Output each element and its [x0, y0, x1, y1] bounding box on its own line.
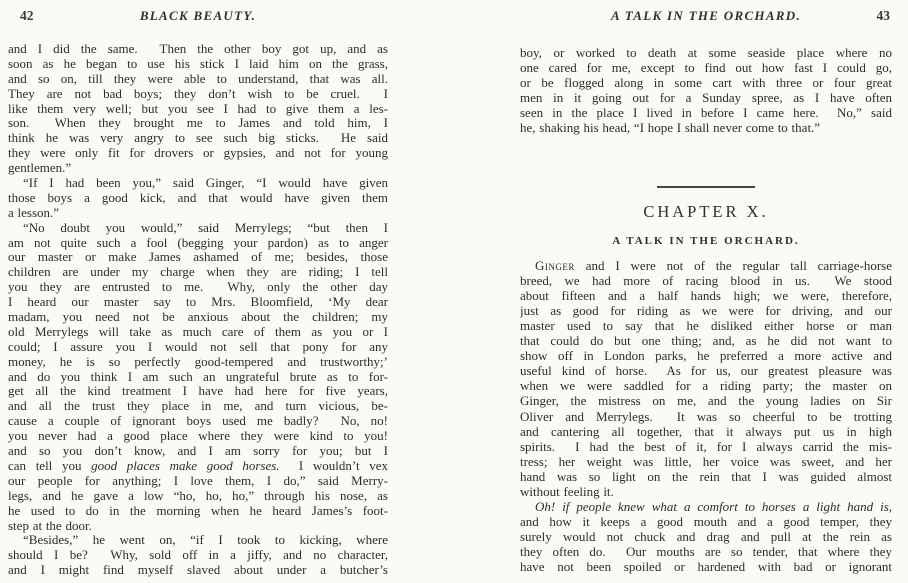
text-line: or be flogged along in some cart with th… [520, 75, 892, 90]
text-line: spirits. I had the best of it, for I alw… [520, 439, 892, 454]
text-line: and so on, till they were able to unders… [8, 72, 388, 87]
text-line: am not quite such a fool (begging your p… [8, 236, 388, 251]
right-running-title: A TALK IN THE ORCHARD. [520, 8, 892, 24]
left-running-head: 42 BLACK BEAUTY. [8, 8, 388, 26]
text-line: Oh! if people knew what a comfort to hor… [520, 499, 892, 514]
text-line: have not been spoiled or hardened with b… [520, 559, 892, 574]
text-line: gentlemen.” [8, 161, 388, 176]
text-line: surely would not chuck and drag and pull… [520, 529, 892, 544]
text-line: just as good for riding as we were for d… [520, 303, 892, 318]
text-line: when we were saddled for a riding party;… [520, 378, 892, 393]
text-line: you they are entrusted to me. Why, only … [8, 280, 388, 295]
text-line: legs, and he gave a low “ho, ho, ho,” th… [8, 489, 388, 504]
text-line: and do you think I am such an ungrateful… [8, 370, 388, 385]
text-line: that could do but one thing; and, as he … [520, 333, 892, 348]
text-line: our people for anything; I love them, I … [8, 474, 388, 489]
text-line: men in it going out for a Sunday spree, … [520, 90, 892, 105]
text-line: and I might find myself slaved about und… [8, 563, 388, 578]
text-line: Ginger, the mistress on me, and the youn… [520, 393, 892, 408]
text-line: They are not bad boys; they don’t wish t… [8, 87, 388, 102]
text-line: money, he is so perfectly good-tempered … [8, 355, 388, 370]
text-line: and all the trust they place in me, and … [8, 399, 388, 414]
text-line: seen in the place I lived in before I ca… [520, 105, 892, 120]
chapter-heading: CHAPTER X. [520, 202, 892, 222]
left-page-text: and I did the same. Then the other boy g… [8, 42, 388, 578]
text-line: soon as he began to use his stick I laid… [8, 57, 388, 72]
text-line: step at the door. [8, 519, 388, 534]
text-line: and so you don’t know, and I am sorry fo… [8, 444, 388, 459]
text-line: should I be? Why, sold off in a jiffy, a… [8, 548, 388, 563]
right-page-number: 43 [877, 8, 891, 24]
text-line: without feeling it. [520, 484, 892, 499]
text-line: Ginger and I were not of the regular tal… [520, 258, 892, 273]
text-line: “No doubt you would,” said Merrylegs; “b… [8, 221, 388, 236]
right-page-text: Ginger and I were not of the regular tal… [520, 258, 892, 575]
text-line: he, shaking his head, “I hope I shall ne… [520, 120, 892, 135]
text-line: tress; her weight was little, her voice … [520, 454, 892, 469]
text-line: you never had a good place where they we… [8, 429, 388, 444]
text-line: can tell you good places make good horse… [8, 459, 388, 474]
text-line: “Besides,” he went on, “if I took to kic… [8, 533, 388, 548]
text-line: our master or make James ashamed of me; … [8, 250, 388, 265]
text-line: old Merrylegs will take as much care of … [8, 325, 388, 340]
text-line: and cantering all together, that it alwa… [520, 424, 892, 439]
text-line: they were only fit for drovers or gypsie… [8, 146, 388, 161]
text-line: could; I assure you I would not sell tha… [8, 340, 388, 355]
text-line: hand was so light on the rein that I was… [520, 469, 892, 484]
text-line: get all the kind treatment I have had he… [8, 384, 388, 399]
text-line: and I did the same. Then the other boy g… [8, 42, 388, 57]
text-line: useful kind of horse. As for us, our gre… [520, 363, 892, 378]
text-line: children are under my charge when they a… [8, 265, 388, 280]
right-page-intro-text: boy, or worked to death at some seaside … [520, 45, 892, 136]
text-line: “If I had been you,” said Ginger, “I wou… [8, 176, 388, 191]
left-page: 42 BLACK BEAUTY. and I did the same. The… [8, 8, 388, 578]
left-running-title: BLACK BEAUTY. [8, 8, 388, 24]
text-line: son. When they brought me to James and t… [8, 116, 388, 131]
right-running-head: A TALK IN THE ORCHARD. 43 [520, 8, 892, 26]
text-line: think he was very angry to see such big … [8, 131, 388, 146]
section-divider [657, 186, 755, 188]
text-line: I heard our master say to Mrs. Bloomfiel… [8, 295, 388, 310]
text-line: boy, or worked to death at some seaside … [520, 45, 892, 60]
text-line: and how it keeps a good mouth and a good… [520, 514, 892, 529]
text-line: madam, you need not be anxious about the… [8, 310, 388, 325]
text-line: breed, we had more of racing blood in us… [520, 273, 892, 288]
right-page: A TALK IN THE ORCHARD. 43 boy, or worked… [520, 8, 892, 575]
chapter-subtitle: A TALK IN THE ORCHARD. [520, 235, 892, 247]
text-line: those boys a good kick, and that would h… [8, 191, 388, 206]
text-line: about fifteen and a half hands high; we … [520, 288, 892, 303]
text-line: show off in London parks, he preferred a… [520, 348, 892, 363]
text-line: a lesson.” [8, 206, 388, 221]
text-line: Oliver and Merrylegs. It was so cheerful… [520, 409, 892, 424]
text-line: like them very well; but you see I had t… [8, 102, 388, 117]
text-line: master used to say that he disliked eith… [520, 318, 892, 333]
text-line: they often do. Our mouths are so tender,… [520, 544, 892, 559]
text-line: one cared for me, except to find out how… [520, 60, 892, 75]
text-line: cause a couple of ignorant boys used me … [8, 414, 388, 429]
text-line: he used to do in the morning when he hea… [8, 504, 388, 519]
